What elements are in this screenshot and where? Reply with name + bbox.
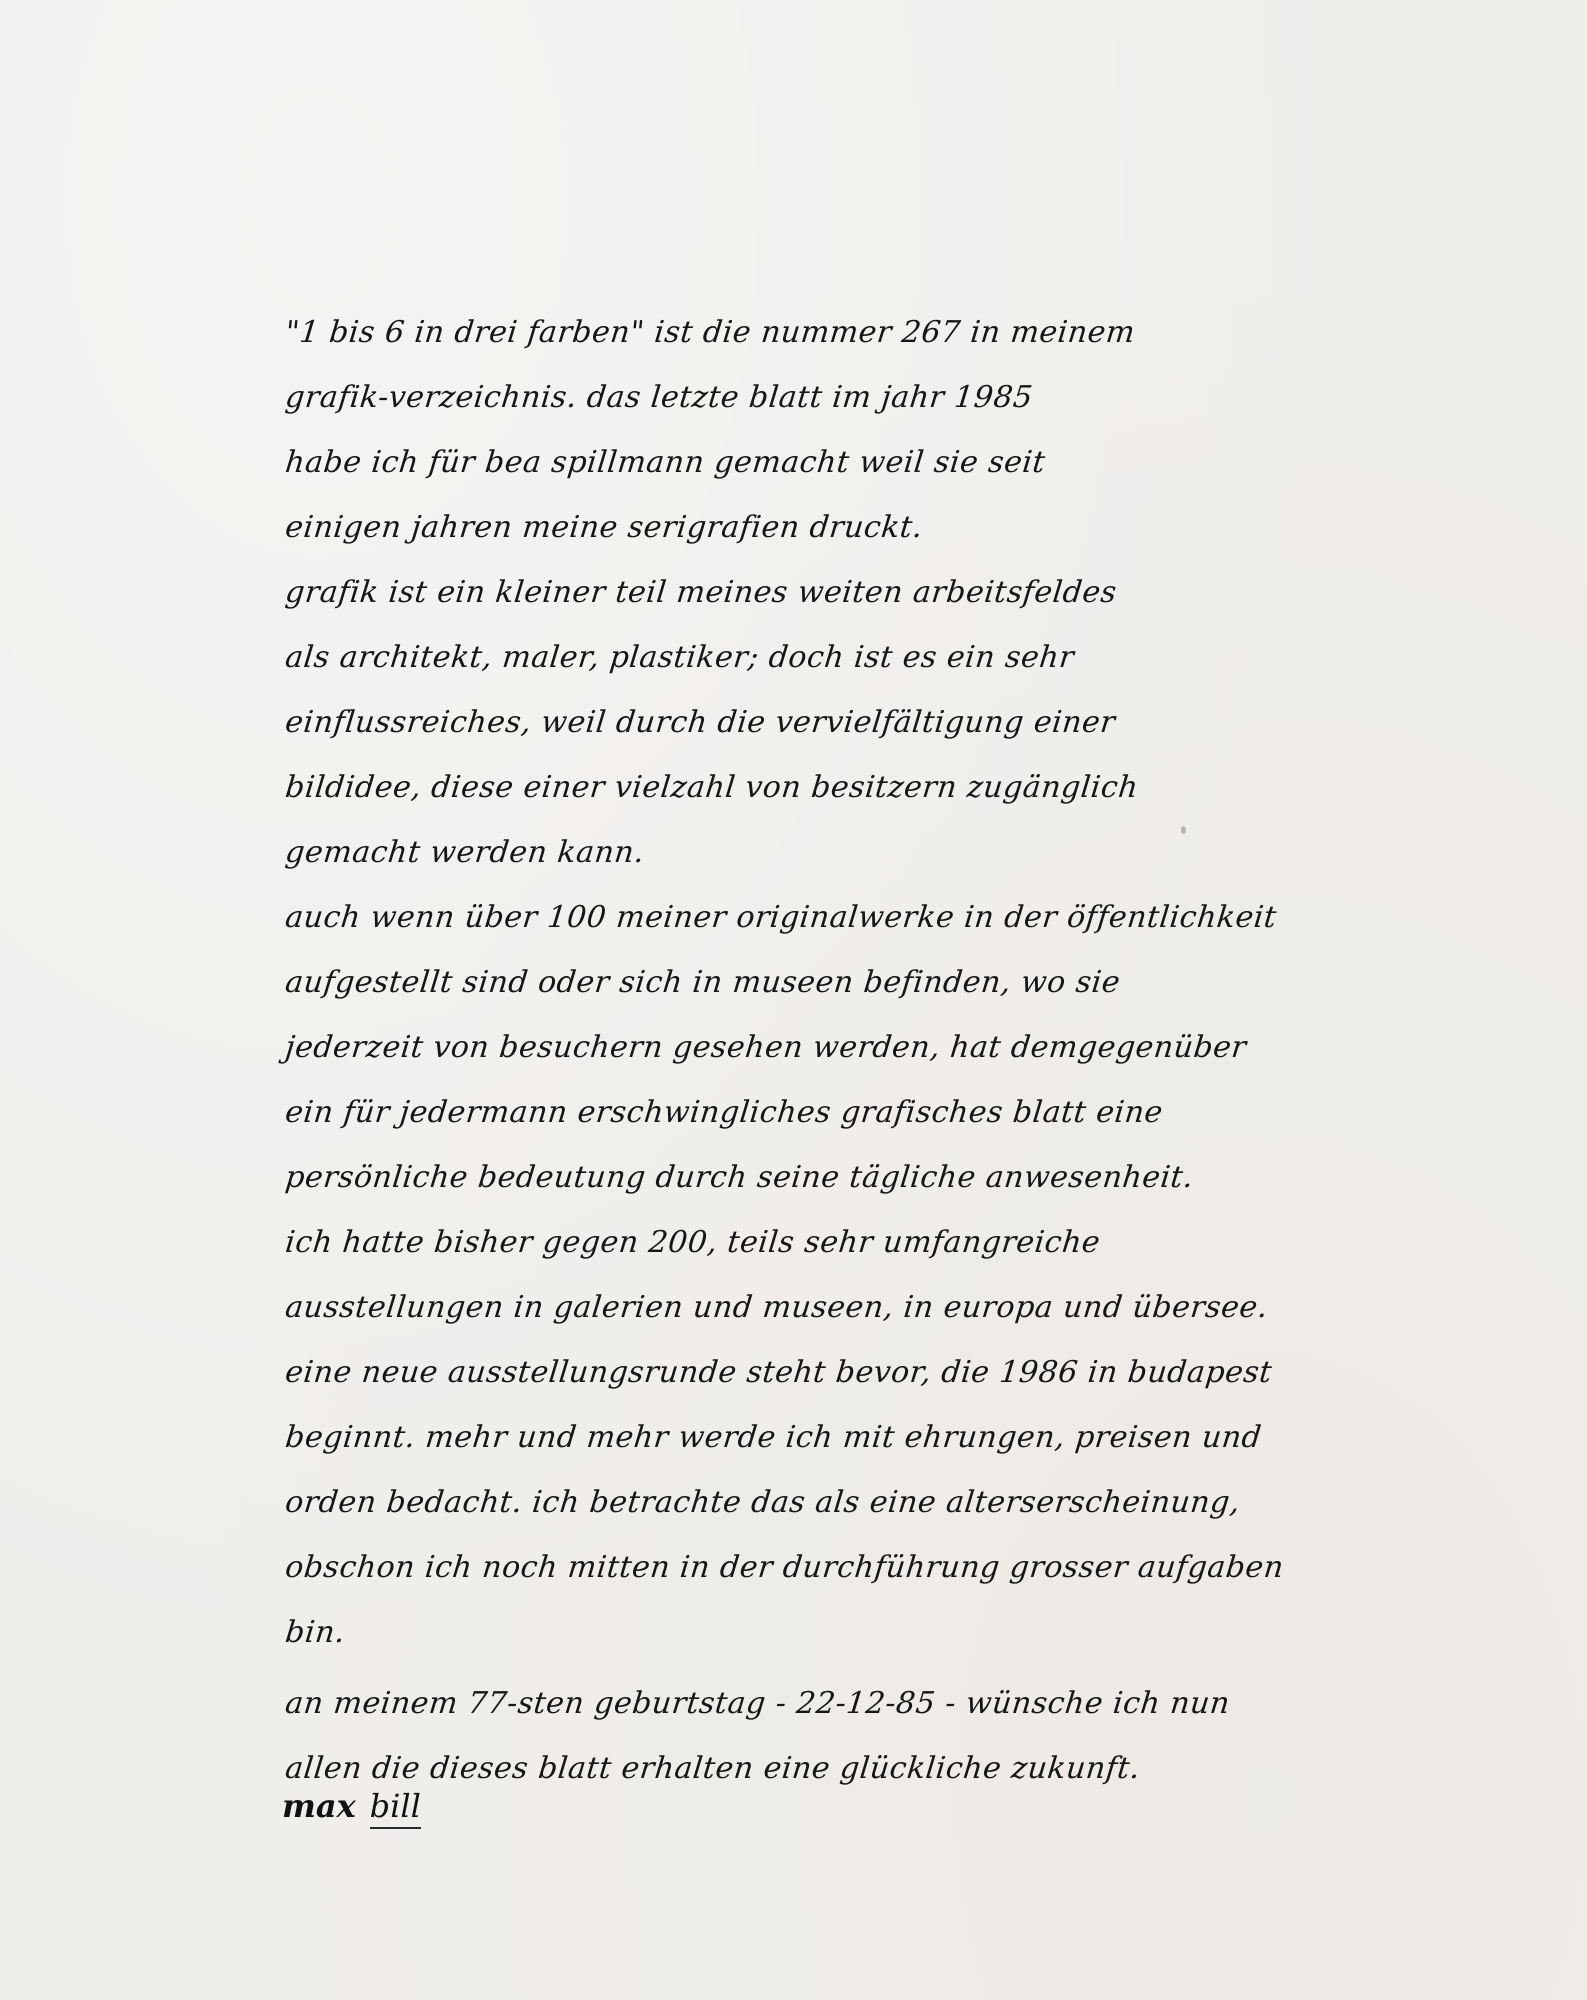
- letter-line: aufgestellt sind oder sich in museen bef…: [282, 950, 1389, 1015]
- letter-line: habe ich für bea spillmann gemacht weil …: [282, 430, 1389, 495]
- letter-line: eine neue ausstellungsrunde steht bevor,…: [282, 1340, 1389, 1405]
- letter-line: orden bedacht. ich betrachte das als ein…: [282, 1470, 1389, 1535]
- letter-line: einigen jahren meine serigrafien druckt.: [282, 495, 1389, 560]
- letter-line: einflussreiches, weil durch die vervielf…: [282, 690, 1389, 755]
- signature-last-name: bill: [370, 1787, 421, 1829]
- letter-line: bin.: [282, 1600, 1389, 1665]
- letter-line: auch wenn über 100 meiner originalwerke …: [282, 885, 1389, 950]
- letter-line: jederzeit von besuchern gesehen werden, …: [282, 1015, 1389, 1080]
- letter-line: persönliche bedeutung durch seine täglic…: [282, 1145, 1389, 1210]
- letter-line: beginnt. mehr und mehr werde ich mit ehr…: [282, 1405, 1389, 1470]
- letter-line: allen die dieses blatt erhalten eine glü…: [282, 1736, 1389, 1801]
- letter-line: an meinem 77-sten geburtstag - 22-12-85 …: [282, 1671, 1389, 1736]
- signature-first-name: max: [282, 1787, 356, 1825]
- letter-line: grafik ist ein kleiner teil meines weite…: [282, 560, 1389, 625]
- letter-line: bildidee, diese einer vielzahl von besit…: [282, 755, 1389, 820]
- letter-line: ausstellungen in galerien und museen, in…: [282, 1275, 1389, 1340]
- letter-line: ich hatte bisher gegen 200, teils sehr u…: [282, 1210, 1389, 1275]
- signature: maxbill: [282, 1787, 421, 1829]
- handwritten-letter: "1 bis 6 in drei farben" ist die nummer …: [282, 300, 1382, 1801]
- letter-line: obschon ich noch mitten in der durchführ…: [282, 1535, 1389, 1600]
- letter-line: grafik-verzeichnis. das letzte blatt im …: [282, 365, 1389, 430]
- letter-line: "1 bis 6 in drei farben" ist die nummer …: [282, 300, 1389, 365]
- letter-line: gemacht werden kann.: [282, 820, 1389, 885]
- letter-line: als architekt, maler, plastiker; doch is…: [282, 625, 1389, 690]
- letter-line: ein für jedermann erschwingliches grafis…: [282, 1080, 1389, 1145]
